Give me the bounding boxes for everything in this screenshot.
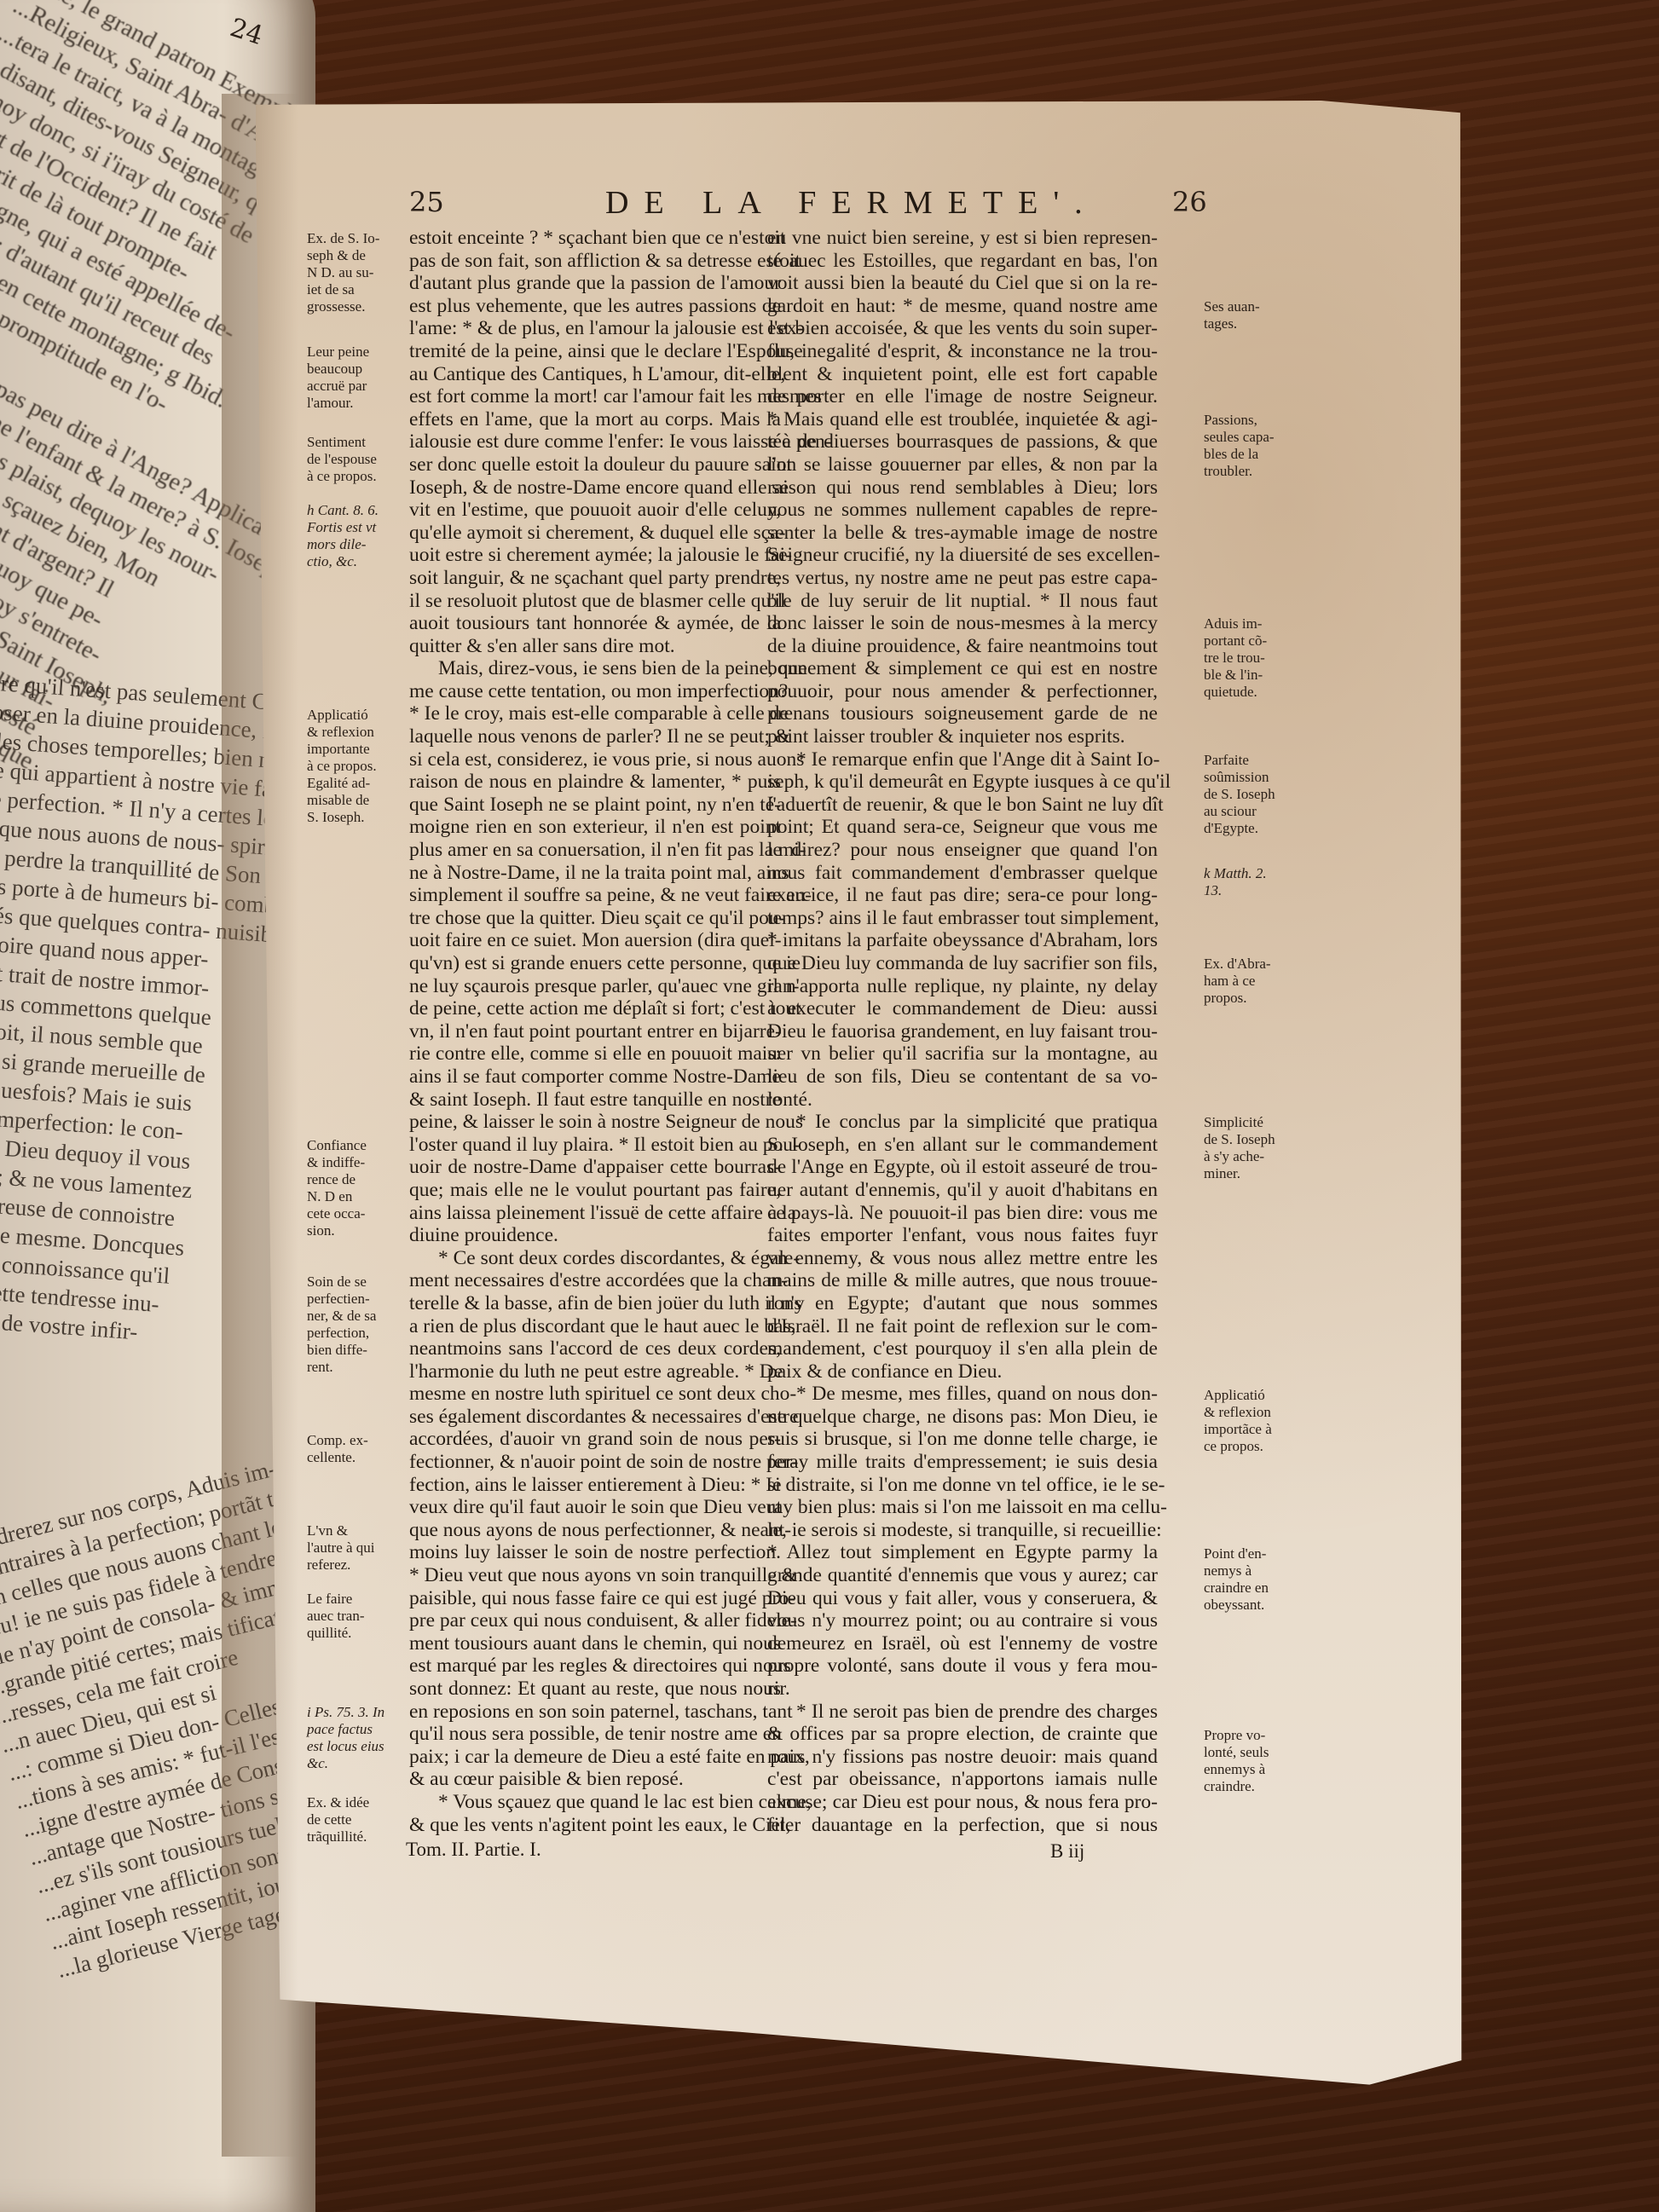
text-line: Seigneur crucifié, ny la diuersité de se… <box>767 544 1158 567</box>
running-head: 25 DE LA FERMETE'. 26 <box>256 186 1466 228</box>
text-line: * Dieu veut que nous ayons vn soin tranq… <box>409 1564 781 1587</box>
text-line: uer autant d'ennemis, qu'il y auoit d'ha… <box>767 1179 1158 1202</box>
margin-note: Leur peine beaucoup accruë par l'amour. <box>307 344 369 412</box>
text-line: propre volonté, sans doute il vous y fer… <box>767 1655 1158 1678</box>
text-line: tée de diuerses bourrasques de passions,… <box>767 430 1158 453</box>
text-line: * Vous sçauez que quand le lac est bien … <box>409 1791 781 1814</box>
margin-note: Comp. ex- cellente. <box>307 1432 368 1466</box>
text-line: il se resoluoit plutost que de blasmer c… <box>409 590 781 613</box>
text-line: raison qui nous rend semblables à Dieu; … <box>767 476 1158 500</box>
margin-note: Aduis im- portant cõ- tre le trou- ble &… <box>1204 615 1267 701</box>
text-line: ains laissa pleinement l'issuë de cette … <box>409 1202 781 1225</box>
text-line: auoit tousiours tant honnorée & aymée, d… <box>409 612 781 635</box>
text-line: qu'elle aymoit si cherement, & duquel el… <box>409 522 781 545</box>
margin-note: Ex. & idée de cette trãquillité. <box>307 1794 369 1845</box>
text-line: de peine, cette action me déplaît si for… <box>409 997 781 1020</box>
text-line: est marqué par les regles & directoires … <box>409 1655 781 1678</box>
text-line: estoit enceinte ? * sçachant bien que ce… <box>409 227 781 250</box>
signature-mark: B iij <box>1050 1840 1084 1863</box>
text-line: * De mesme, mes filles, quand on nous do… <box>767 1383 1158 1406</box>
text-line: terelle & la basse, afin de bien joüer d… <box>409 1292 781 1315</box>
text-line: fection, ains le laisser entierement à D… <box>409 1474 781 1497</box>
text-line: ses également discordantes & necessaires… <box>409 1406 781 1429</box>
text-line: * Mais quand elle est troublée, inquieté… <box>767 408 1158 431</box>
text-line: d'autant plus grande que la passion de l… <box>409 272 781 295</box>
text-column-right: en vne nuict bien sereine, y est si bien… <box>767 227 1158 1836</box>
text-line: simplement il souffre sa peine, & ne veu… <box>409 884 781 907</box>
text-line: est fort comme la mort! car l'amour fait… <box>409 385 781 408</box>
text-line: feray mille traits d'empressement; ie su… <box>767 1451 1158 1474</box>
text-line: ble de luy seruir de lit nuptial. * Il n… <box>767 590 1158 613</box>
text-line: vn, il n'en faut point pourtant entrer e… <box>409 1020 781 1043</box>
text-line: point; Et quand sera-ce, Seigneur que vo… <box>767 816 1158 839</box>
text-column-left: estoit enceinte ? * sçachant bien que ce… <box>409 227 781 1836</box>
margin-note: Point d'en- nemys à craindre en obeyssan… <box>1204 1545 1269 1614</box>
text-line: pouuoir, pour nous amender & perfectionn… <box>767 680 1158 703</box>
text-line: en reposions en son soin paternel, tasch… <box>409 1701 781 1724</box>
text-line: temps? ains il le faut embrasser tout si… <box>767 907 1158 930</box>
text-line: que Saint Ioseph ne se plaint point, ny … <box>409 794 781 817</box>
text-line: & offices par sa propre election, de cra… <box>767 1723 1158 1746</box>
margin-note: Le faire auec tran- quillité. <box>307 1591 364 1642</box>
text-line: * Ie le croy, mais est-elle comparable à… <box>409 702 781 725</box>
text-line: & au cœur paisible & bien reposé. <box>409 1768 781 1791</box>
text-line: quitter & s'en aller sans dire mot. <box>409 635 781 658</box>
text-line: veux dire qu'il faut auoir le soin que D… <box>409 1496 781 1519</box>
text-line: peine, & laisser le soin à nostre Seigne… <box>409 1111 781 1134</box>
text-line: d'Israël. Il ne fait point de reflexion … <box>767 1315 1158 1338</box>
text-line: Ioseph, & de nostre-Dame encore quand el… <box>409 476 781 500</box>
text-line: * imitans la parfaite obeyssance d'Abrah… <box>767 929 1158 952</box>
margin-note: Ex. d'Abra- ham à ce propos. <box>1204 956 1271 1007</box>
volume-footer: Tom. II. Partie. I. <box>406 1839 541 1861</box>
text-line: tre chose que la quitter. Dieu sçait ce … <box>409 907 781 930</box>
text-line: faites emporter l'enfant, vous nous fait… <box>767 1224 1158 1247</box>
text-line: té auec les Estoilles, que regardant en … <box>767 250 1158 273</box>
text-line: à executer le commandement de Dieu: auss… <box>767 997 1158 1020</box>
text-line: rie contre elle, comme si elle en pouuoi… <box>409 1042 781 1066</box>
text-line: voit aussi bien la beauté du Ciel que si… <box>767 272 1158 295</box>
text-line: * Allez tout simplement en Egypte parmy … <box>767 1541 1158 1564</box>
margin-note: Ex. de S. Io- seph & de N D. au su- iet … <box>307 230 379 315</box>
text-line: c'est par obeissance, n'apportons iamais… <box>767 1768 1158 1791</box>
text-line: fectionner, & n'auoir point de soin de n… <box>409 1451 781 1474</box>
text-line: moins luy laisser le soin de nostre perf… <box>409 1541 781 1564</box>
text-line: * Ie conclus par la simplicité que prati… <box>767 1111 1158 1134</box>
text-line: de porter en elle l'image de nostre Seig… <box>767 385 1158 408</box>
text-line: nous ne sommes nullement capables de rep… <box>767 499 1158 522</box>
text-line: ment necessaires d'estre accordées que l… <box>409 1269 781 1292</box>
text-line: * Il ne seroit pas bien de prendre des c… <box>767 1701 1158 1724</box>
text-line: excuse; car Dieu est pour nous, & nous f… <box>767 1791 1158 1814</box>
text-line: paix & de confiance en Dieu. <box>767 1360 1158 1383</box>
text-line: laquelle nous venons de parler? Il ne se… <box>409 725 781 748</box>
text-line: blent & inquietent point, elle est fort … <box>767 363 1158 386</box>
page-number-right: 26 <box>1172 186 1207 218</box>
text-line: au Cantique des Cantiques, h L'amour, di… <box>409 363 781 386</box>
text-line: de la diuine prouidence, & faire neantmo… <box>767 635 1158 658</box>
text-line: le direz? pour nous enseigner que quand … <box>767 839 1158 862</box>
text-line: effets en l'ame, que la mort au corps. M… <box>409 408 781 431</box>
text-line: sont donnez: Et quant au reste, que nous… <box>409 1678 781 1701</box>
margin-note: Ses auan- tages. <box>1204 298 1260 332</box>
text-line: & que les vents n'agitent point les eaux… <box>409 1814 781 1837</box>
text-line: accordées, d'auoir vn grand soin de nous… <box>409 1428 781 1451</box>
margin-note: h Cant. 8. 6. Fortis est vt mors dile- c… <box>307 502 379 570</box>
text-line: qu'vn) est si grande enuers cette person… <box>409 952 781 975</box>
text-line: donc laisser le soin de nous-mesmes à la… <box>767 612 1158 635</box>
page-number-left: 25 <box>409 186 444 218</box>
text-line: flu, inegalité d'esprit, & inconstance n… <box>767 340 1158 363</box>
text-line: vous n'y mourrez point; ou au contraire … <box>767 1609 1158 1632</box>
margin-note: Confiance & indiffe- rence de N. D en ce… <box>307 1137 367 1239</box>
text-line: tes vertus, ny nostre ame ne peut pas es… <box>767 567 1158 590</box>
text-line: senter la belle & tres-aymable image de … <box>767 522 1158 545</box>
text-line: paix; i car la demeure de Dieu a esté fa… <box>409 1746 781 1769</box>
text-line: a rien de plus discordant que le haut au… <box>409 1315 781 1338</box>
text-line: uer vn belier qu'il sacrifia sur la mont… <box>767 1042 1158 1066</box>
text-line: qu'il nous sera possible, de tenir nostr… <box>409 1723 781 1746</box>
text-line: le, ie serois si modeste, si tranquille,… <box>767 1519 1158 1542</box>
previous-page-text-middle: ...fidere qu'il n'est pas seulement Cett… <box>0 665 238 1350</box>
margin-note: Applicatió & reflexion importãce à ce pr… <box>1204 1387 1272 1455</box>
text-line: en vne nuict bien sereine, y est si bien… <box>767 227 1158 250</box>
text-line: l'harmonie du luth ne peut estre agreabl… <box>409 1360 781 1383</box>
text-line: diuine prouidence. <box>409 1224 781 1247</box>
text-line: ne à Nostre-Dame, il ne la traita point … <box>409 862 781 885</box>
book-page: 25 DE LA FERMETE'. 26 estoit enceinte ? … <box>256 101 1466 2129</box>
text-line: lonté. <box>767 1089 1158 1112</box>
text-line: que Dieu luy commanda de luy sacrifier s… <box>767 952 1158 975</box>
margin-note: k Matth. 2. 13. <box>1204 865 1267 899</box>
text-line: rons en Egypte; d'autant que nous sommes <box>767 1292 1158 1315</box>
text-line: l'ame: * & de plus, en l'amour la jalous… <box>409 317 781 340</box>
margin-note: Simplicité de S. Ioseph à s'y ache- mine… <box>1204 1114 1275 1182</box>
text-line: seph, k qu'il demeurât en Egypte iusques… <box>767 771 1158 794</box>
text-line: si distraite, si l'on me donne vn tel of… <box>767 1474 1158 1497</box>
text-line: neantmoins sans l'accord de ces deux cor… <box>409 1337 781 1360</box>
text-line: * Ce sont deux cordes discordantes, & ég… <box>409 1247 781 1270</box>
text-line: uoir de nostre-Dame d'appaiser cette bou… <box>409 1156 781 1179</box>
text-line: vn ennemy, & vous nous allez mettre entr… <box>767 1247 1158 1270</box>
margin-note: L'vn & l'autre à qui referez. <box>307 1522 375 1574</box>
margin-note: Passions, seules capa- bles de la troubl… <box>1204 412 1275 480</box>
text-line: que; mais elle ne le voulut pourtant pas… <box>409 1179 781 1202</box>
text-line: demeurez en Israël, où est l'ennemy de v… <box>767 1632 1158 1655</box>
text-line: prenans tousiours soigneusement garde de… <box>767 702 1158 725</box>
gutter-shadow <box>222 94 298 2157</box>
text-line: Dieu qui vous y fait aller, vous y conse… <box>767 1587 1158 1610</box>
text-line: ne quelque charge, ne disons pas: Mon Di… <box>767 1406 1158 1429</box>
chapter-title: DE LA FERMETE'. <box>605 184 1098 222</box>
text-line: * Ie remarque enfin que l'Ange dit à Sai… <box>767 748 1158 771</box>
text-line: ains il se faut comporter comme Nostre-D… <box>409 1066 781 1089</box>
text-line: lieu de son fils, Dieu se contentant de … <box>767 1066 1158 1089</box>
text-line: grande quantité d'ennemis que vous y aur… <box>767 1564 1158 1587</box>
text-line: ce pays-là. Ne pouuoit-il pas bien dire:… <box>767 1202 1158 1225</box>
margin-note: Applicatió & reflexion importante à ce p… <box>307 707 377 826</box>
text-line: rir. <box>767 1678 1158 1701</box>
text-line: & saint Ioseph. Il faut estre tanquille … <box>409 1089 781 1112</box>
text-line: mandement, c'est pourquoy il s'en alla p… <box>767 1337 1158 1360</box>
text-line: si cela est, considerez, ie vous prie, s… <box>409 748 781 771</box>
text-line: nous n'y fissions pas nostre deuoir: mai… <box>767 1746 1158 1769</box>
text-line: ment tousiours auant dans le chemin, qui… <box>409 1632 781 1655</box>
text-line: ser donc quelle estoit la douleur du pau… <box>409 453 781 476</box>
margin-note: i Ps. 75. 3. In pace factus est locus ei… <box>307 1704 384 1772</box>
text-line: soit languir, & ne sçachant quel party p… <box>409 567 781 590</box>
text-line: est plus vehemente, que les autres passi… <box>409 295 781 318</box>
text-line: suis si brusque, si l'on me donne telle … <box>767 1428 1158 1451</box>
text-line: me cause cette tentation, ou mon imperfe… <box>409 680 781 703</box>
text-line: paisible, qui nous fasse faire ce qui es… <box>409 1587 781 1610</box>
text-line: vit en l'estime, que pouuoit auoir d'ell… <box>409 499 781 522</box>
text-line: de l'Ange en Egypte, où il estoit asseur… <box>767 1156 1158 1179</box>
text-line: est bien accoisée, & que les vents du so… <box>767 317 1158 340</box>
text-line: S. Ioseph, en s'en allant sur le command… <box>767 1134 1158 1157</box>
margin-note: Parfaite soûmission de S. Ioseph au scio… <box>1204 752 1275 837</box>
text-line: moigne rien en son exterieur, il n'en es… <box>409 816 781 839</box>
text-line: l'aduertît de reuenir, & que le bon Sain… <box>767 794 1158 817</box>
previous-page-number: 24 <box>227 13 267 51</box>
text-line: nous fait commandement d'embrasser quelq… <box>767 862 1158 885</box>
text-line: pre par ceux qui nous conduisent, & alle… <box>409 1609 781 1632</box>
text-line: mains de mille & mille autres, que nous … <box>767 1269 1158 1292</box>
text-line: raison de nous en plaindre & lamenter, *… <box>409 771 781 794</box>
text-line: fiter dauantage en la perfection, que si… <box>767 1814 1158 1837</box>
text-line: que nous ayons de nous perfectionner, & … <box>409 1519 781 1542</box>
text-line: bonnement & simplement ce qui est en nos… <box>767 657 1158 680</box>
text-line: gardoit en haut: * de mesme, quand nostr… <box>767 295 1158 318</box>
text-line: mesme en nostre luth spirituel ce sont d… <box>409 1383 781 1406</box>
margin-note: Propre vo- lonté, seuls ennemys à craind… <box>1204 1727 1269 1795</box>
text-line: Dieu le fauorisa grandement, en luy fais… <box>767 1020 1158 1043</box>
text-line: plus amer en sa conuersation, il n'en fi… <box>409 839 781 862</box>
text-line: ne luy sçaurois presque parler, qu'auec … <box>409 975 781 998</box>
text-line: uoit faire en ce suiet. Mon auersion (di… <box>409 929 781 952</box>
text-line: ialousie est dure comme l'enfer: Ie vous… <box>409 430 781 453</box>
text-line: ray bien plus: mais si l'on me laissoit … <box>767 1496 1158 1519</box>
text-line: uoit estre si cherement aymée; la jalous… <box>409 544 781 567</box>
text-line: tremité de la peine, ainsi que le declar… <box>409 340 781 363</box>
text-line: point laisser troubler & inquieter nos e… <box>767 725 1158 748</box>
text-line: exercice, il ne faut pas dire; sera-ce p… <box>767 884 1158 907</box>
text-line: l'on se laisse gouuerner par elles, & no… <box>767 453 1158 476</box>
margin-note: Sentiment de l'espouse à ce propos. <box>307 434 377 485</box>
margin-note: Soin de se perfectien- ner, & de sa perf… <box>307 1273 376 1376</box>
text-line: pas de son fait, son affliction & sa det… <box>409 250 781 273</box>
text-line: il n'apporta nulle replique, ny plainte,… <box>767 975 1158 998</box>
text-line: Mais, direz-vous, ie sens bien de la pei… <box>409 657 781 680</box>
text-line: l'oster quand il luy plaira. * Il estoit… <box>409 1134 781 1157</box>
